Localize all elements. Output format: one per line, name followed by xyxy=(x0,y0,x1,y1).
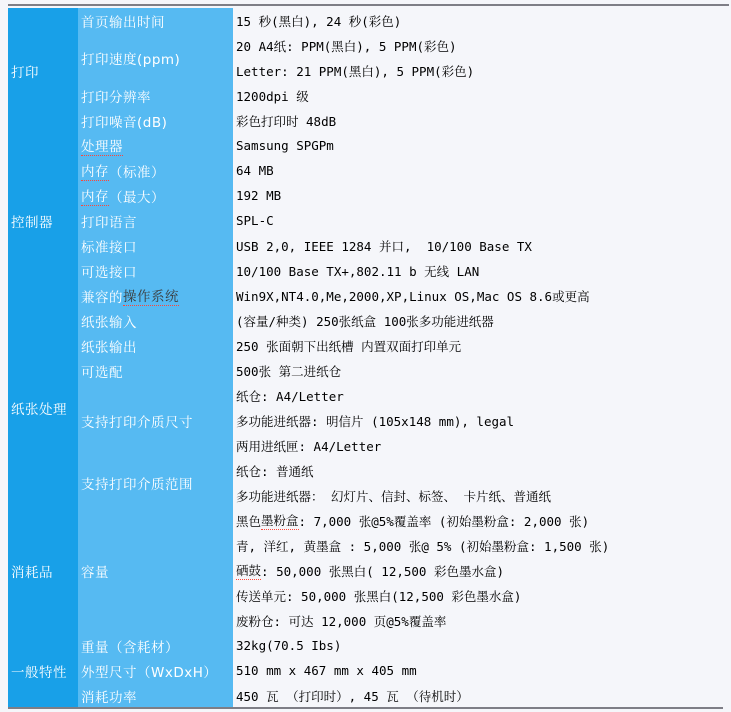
value-cell: 500张 第二进纸仓 xyxy=(233,358,731,383)
value-cell: 32kg(70.5 Ibs) xyxy=(233,633,731,658)
category-cell: 打印 xyxy=(8,8,78,133)
spec-cell: 兼容的操作系统 xyxy=(78,283,233,308)
text-segment: 500张 第二进纸仓 xyxy=(236,362,341,380)
text-segment: 1200dpi 级 xyxy=(236,87,309,105)
text-segment: 黑色 xyxy=(236,512,261,530)
value-cell: SPL-C xyxy=(233,208,731,233)
category-label: 控制器 xyxy=(11,211,53,231)
text-segment: 450 瓦 （打印时）, 45 瓦 （待机时） xyxy=(236,687,469,705)
value-cell: (容量/种类) 250张纸盒 100张多功能进纸器 xyxy=(233,308,731,333)
text-segment: (容量/种类) 250张纸盒 100张多功能进纸器 xyxy=(236,312,494,330)
text-segment: 废粉仓: 可达 12,000 页@5%覆盖率 xyxy=(236,612,446,630)
value-cell: 纸仓: A4/Letter xyxy=(233,383,731,408)
category-cell: 控制器 xyxy=(8,133,78,308)
text-segment: 消耗功率 xyxy=(81,686,137,706)
spec-cell: 首页输出时间 xyxy=(78,8,233,33)
text-segment: 64 MB xyxy=(236,163,274,178)
text-segment: （最大） xyxy=(109,186,165,206)
text-segment: 青, 洋红, 黄墨盒 : 5,000 张@ 5% (初始墨粉盒: 1,500 张… xyxy=(236,537,609,555)
category-label: 消耗品 xyxy=(11,561,53,581)
category-label: 一般特性 xyxy=(11,661,67,681)
spec-cell: 重量（含耗材） xyxy=(78,633,233,658)
text-segment: 可选接口 xyxy=(81,261,137,281)
spec-cell: 消耗功率 xyxy=(78,683,233,708)
value-cell: 64 MB xyxy=(233,158,731,183)
value-cell: 192 MB xyxy=(233,183,731,208)
text-segment: 纸张输入 xyxy=(81,311,137,331)
spec-cell: 可选配 xyxy=(78,358,233,383)
text-segment: （标准） xyxy=(109,161,165,181)
text-segment: 支持打印介质范围 xyxy=(81,473,193,493)
value-cell: 传送单元: 50,000 张黑白(12,500 彩色墨水盒) xyxy=(233,583,731,608)
text-segment: 510 mm x 467 mm x 405 mm xyxy=(236,663,417,678)
text-segment: Samsung SPGPm xyxy=(236,138,334,153)
spec-cell: 纸张输入 xyxy=(78,308,233,333)
keyword-link[interactable]: 内存 xyxy=(81,185,109,206)
text-segment: 支持打印介质尺寸 xyxy=(81,411,193,431)
spec-cell: 打印语言 xyxy=(78,208,233,233)
spec-cell: 标准接口 xyxy=(78,233,233,258)
text-segment: 打印速度(ppm) xyxy=(81,48,180,68)
category-cell: 一般特性 xyxy=(8,633,78,708)
spec-cell: 打印分辨率 xyxy=(78,83,233,108)
value-cell: 450 瓦 （打印时）, 45 瓦 （待机时） xyxy=(233,683,731,708)
text-segment: USB 2,0, IEEE 1284 并口, 10/100 Base TX xyxy=(236,237,532,255)
value-cell: 黑色墨粉盒: 7,000 张@5%覆盖率 (初始墨粉盒: 2,000 张) xyxy=(233,508,731,533)
spec-cell: 可选接口 xyxy=(78,258,233,283)
value-cell: USB 2,0, IEEE 1284 并口, 10/100 Base TX xyxy=(233,233,731,258)
value-cell: Win9X,NT4.0,Me,2000,XP,Linux OS,Mac OS 8… xyxy=(233,283,731,308)
spec-cell: 打印噪音(dB) xyxy=(78,108,233,133)
category-cell: 纸张处理 xyxy=(8,308,78,508)
text-segment: 纸仓: 普通纸 xyxy=(236,462,314,480)
spec-cell: 打印速度(ppm) xyxy=(78,33,233,83)
value-cell: 510 mm x 467 mm x 405 mm xyxy=(233,658,731,683)
keyword-link[interactable]: 操作系统 xyxy=(123,285,179,306)
category-cell: 消耗品 xyxy=(8,508,78,633)
category-label: 打印 xyxy=(11,61,39,81)
text-segment: : 7,000 张@5%覆盖率 (初始墨粉盒: 2,000 张) xyxy=(299,512,590,530)
text-segment: SPL-C xyxy=(236,213,274,228)
text-segment: 纸仓: A4/Letter xyxy=(236,387,344,405)
category-label: 纸张处理 xyxy=(11,398,67,418)
value-cell: 青, 洋红, 黄墨盒 : 5,000 张@ 5% (初始墨粉盒: 1,500 张… xyxy=(233,533,731,558)
text-segment: 10/100 Base TX+,802.11 b 无线 LAN xyxy=(236,262,479,280)
value-cell: 250 张面朝下出纸槽 内置双面打印单元 xyxy=(233,333,731,358)
category-column: 打印控制器纸张处理消耗品一般特性 xyxy=(8,8,78,708)
text-segment: 重量（含耗材） xyxy=(81,636,179,656)
text-segment: 多功能进纸器： 幻灯片、信封、标签、 卡片纸、普通纸 xyxy=(236,487,551,505)
text-segment: 15 秒(黑白), 24 秒(彩色) xyxy=(236,12,401,30)
value-cell: Samsung SPGPm xyxy=(233,133,731,158)
value-cell: 两用进纸匣: A4/Letter xyxy=(233,433,731,458)
text-segment: 兼容的 xyxy=(81,286,123,306)
value-cell: 10/100 Base TX+,802.11 b 无线 LAN xyxy=(233,258,731,283)
text-segment: 首页输出时间 xyxy=(81,11,165,31)
value-cell: 纸仓: 普通纸 xyxy=(233,458,731,483)
text-segment: 32kg(70.5 Ibs) xyxy=(236,638,341,653)
top-rule-line xyxy=(8,4,729,6)
text-segment: Letter: 21 PPM(黑白), 5 PPM(彩色) xyxy=(236,62,474,80)
spec-cell: 容量 xyxy=(78,508,233,633)
text-segment: 192 MB xyxy=(236,188,281,203)
value-column: 15 秒(黑白), 24 秒(彩色)20 A4纸: PPM(黑白), 5 PPM… xyxy=(233,8,731,708)
keyword-link[interactable]: 墨粉盒 xyxy=(261,511,299,530)
spec-cell: 纸张输出 xyxy=(78,333,233,358)
spec-column: 首页输出时间打印速度(ppm)打印分辨率打印噪音(dB)处理器内存（标准）内存（… xyxy=(78,8,233,708)
text-segment: 彩色打印时 48dB xyxy=(236,112,336,130)
bottom-rule-line xyxy=(8,707,723,709)
text-segment: 打印分辨率 xyxy=(81,86,151,106)
text-segment: 打印语言 xyxy=(81,211,137,231)
value-cell: 20 A4纸: PPM(黑白), 5 PPM(彩色) xyxy=(233,33,731,58)
value-cell: Letter: 21 PPM(黑白), 5 PPM(彩色) xyxy=(233,58,731,83)
value-cell: 1200dpi 级 xyxy=(233,83,731,108)
text-segment: 打印噪音(dB) xyxy=(81,111,167,131)
spec-cell: 内存（标准） xyxy=(78,158,233,183)
value-cell: 多功能进纸器: 明信片 (105x148 mm), legal xyxy=(233,408,731,433)
keyword-link[interactable]: 处理器 xyxy=(81,135,123,156)
spec-cell: 内存（最大） xyxy=(78,183,233,208)
keyword-link[interactable]: 硒鼓 xyxy=(236,561,261,580)
text-segment: 20 A4纸: PPM(黑白), 5 PPM(彩色) xyxy=(236,37,457,55)
spec-cell: 处理器 xyxy=(78,133,233,158)
spec-cell: 支持打印介质范围 xyxy=(78,458,233,508)
text-segment: 两用进纸匣: A4/Letter xyxy=(236,437,381,455)
text-segment: Win9X,NT4.0,Me,2000,XP,Linux OS,Mac OS 8… xyxy=(236,287,590,305)
value-cell: 多功能进纸器： 幻灯片、信封、标签、 卡片纸、普通纸 xyxy=(233,483,731,508)
spec-cell: 外型尺寸（WxDxH） xyxy=(78,658,233,683)
value-cell: 废粉仓: 可达 12,000 页@5%覆盖率 xyxy=(233,608,731,633)
text-segment: 标准接口 xyxy=(81,236,137,256)
text-segment: 可选配 xyxy=(81,361,123,381)
value-cell: 硒鼓: 50,000 张黑白( 12,500 彩色墨水盒) xyxy=(233,558,731,583)
text-segment: 250 张面朝下出纸槽 内置双面打印单元 xyxy=(236,337,461,355)
text-segment: 多功能进纸器: 明信片 (105x148 mm), legal xyxy=(236,412,514,430)
text-segment: 外型尺寸（WxDxH） xyxy=(81,661,217,681)
keyword-link[interactable]: 内存 xyxy=(81,160,109,181)
spec-cell: 支持打印介质尺寸 xyxy=(78,383,233,458)
value-cell: 15 秒(黑白), 24 秒(彩色) xyxy=(233,8,731,33)
text-segment: 容量 xyxy=(81,561,109,581)
value-cell: 彩色打印时 48dB xyxy=(233,108,731,133)
text-segment: 纸张输出 xyxy=(81,336,137,356)
printer-spec-table: 打印控制器纸张处理消耗品一般特性 首页输出时间打印速度(ppm)打印分辨率打印噪… xyxy=(8,8,731,708)
text-segment: : 50,000 张黑白( 12,500 彩色墨水盒) xyxy=(261,562,504,580)
text-segment: 传送单元: 50,000 张黑白(12,500 彩色墨水盒) xyxy=(236,587,521,605)
